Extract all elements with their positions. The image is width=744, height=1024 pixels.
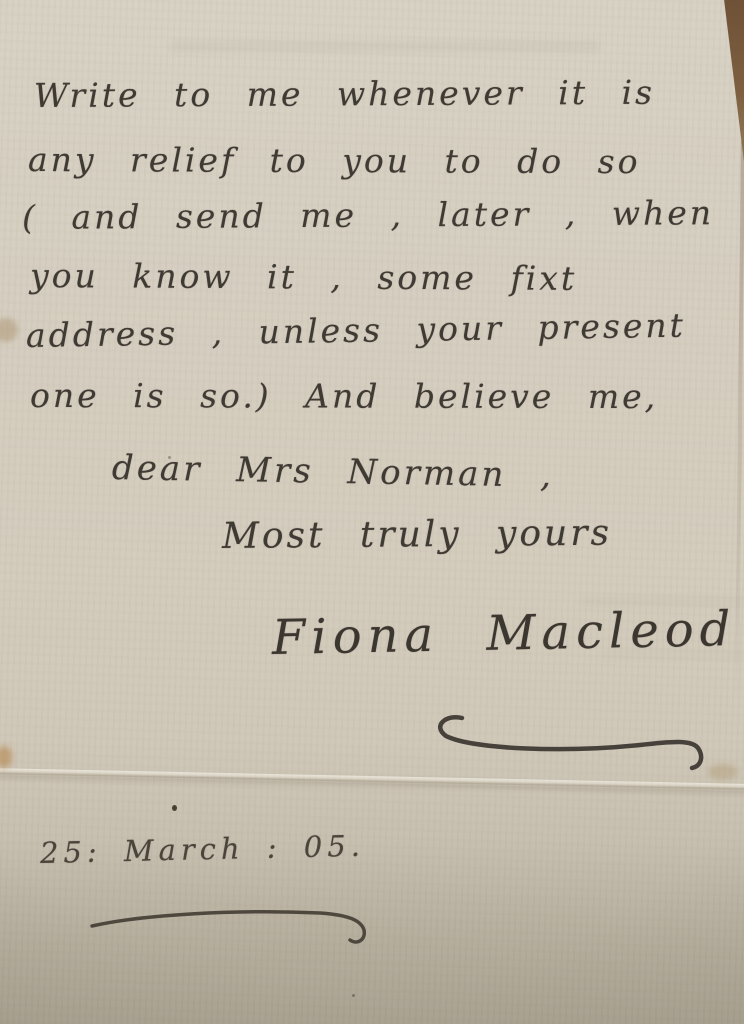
ink-speck [352, 994, 355, 997]
stain [0, 746, 12, 768]
letter-line-5: address , unless your present [26, 306, 686, 355]
signature-flourish [440, 717, 701, 768]
stain [708, 764, 738, 780]
letter-line-6: one is so.) And believe me, [30, 376, 658, 416]
letter-line-2: any relief to you to do so [28, 140, 641, 181]
fold-crease [0, 768, 744, 791]
letter-line-4: you know it , some fixt [30, 256, 577, 298]
letter-salutation-line: dear Mrs Norman , [112, 448, 555, 496]
date-line: 25: March : 05. [40, 829, 366, 870]
signature: Fiona Macleod [271, 601, 736, 666]
date-flourish [92, 912, 364, 942]
ink-speck [172, 805, 177, 811]
letter-line-1: Write to me whenever it is [34, 73, 655, 115]
letter-line-3: ( and send me , later , when [22, 193, 714, 237]
letter-photo: Write to me whenever it is any relief to… [0, 0, 744, 1024]
letter-valediction-line: Most truly yours [222, 513, 612, 557]
stain [0, 318, 18, 342]
page-edge-shadow [735, 140, 744, 700]
ink-showthrough-mark [170, 42, 600, 51]
